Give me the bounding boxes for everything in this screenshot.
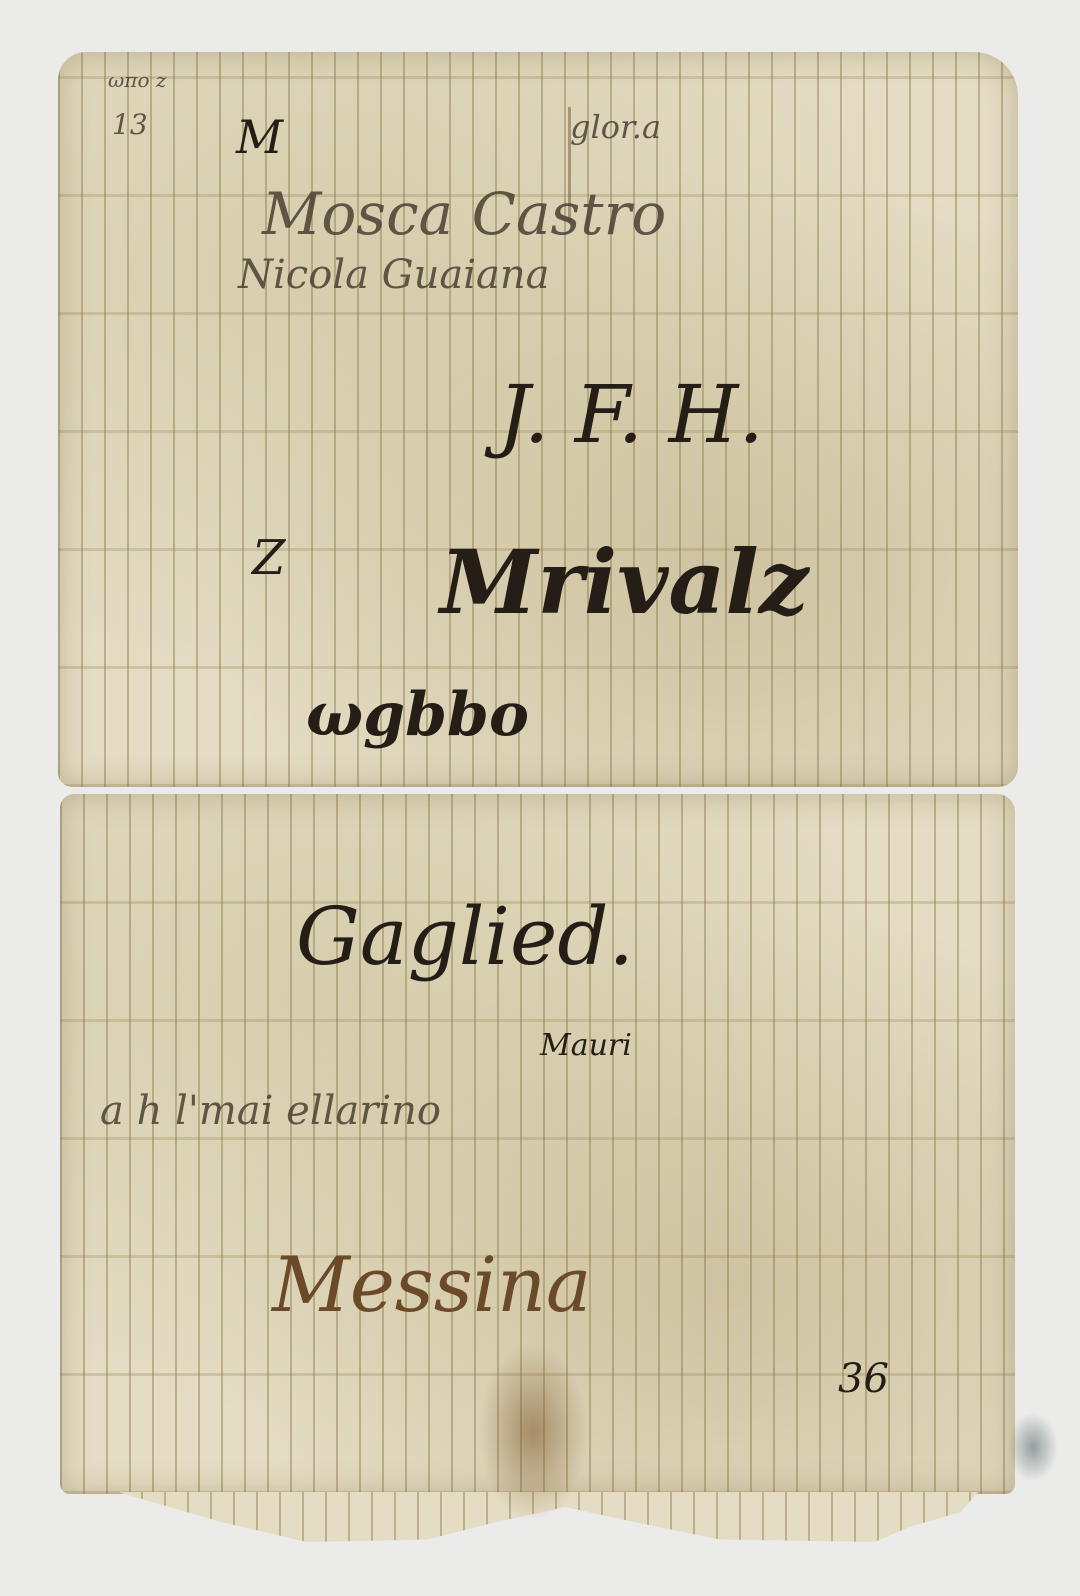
left-mark: Z bbox=[252, 530, 285, 586]
corner-note: ωπο z bbox=[108, 68, 166, 92]
bottom-right-number: 36 bbox=[838, 1356, 889, 1402]
line-2: Nicola Guaiana bbox=[238, 252, 549, 298]
middle-word: Gaglied. bbox=[296, 890, 634, 983]
initials: J. F. H. bbox=[498, 368, 764, 461]
long-line: a h l'mai ellarino bbox=[100, 1088, 441, 1134]
top-left-mark: M bbox=[236, 110, 283, 164]
corner-number: 13 bbox=[112, 108, 148, 141]
ink-stain bbox=[478, 1342, 588, 1522]
small-after: Mauri bbox=[540, 1028, 632, 1063]
blue-smudge bbox=[1008, 1412, 1058, 1482]
line-after-main: ωgbbo bbox=[306, 680, 529, 750]
line-1: Mosca Castro bbox=[262, 180, 666, 248]
main-word: Mrivalz bbox=[440, 530, 809, 634]
top-right-word: glor.a bbox=[570, 108, 661, 146]
bottom-word: Messina bbox=[272, 1240, 591, 1329]
